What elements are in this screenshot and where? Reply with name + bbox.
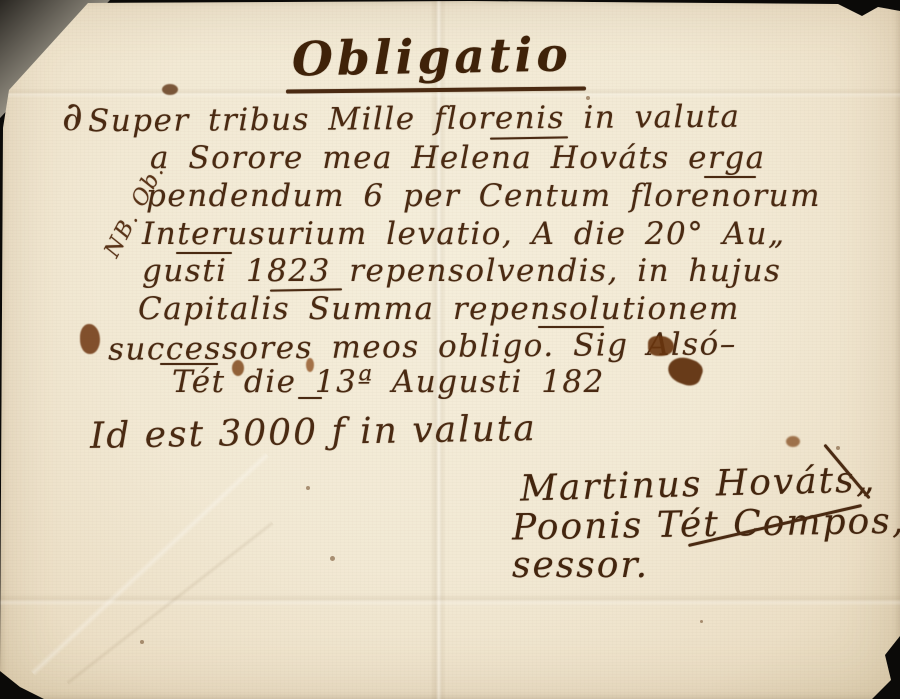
signature-line: sessor. — [512, 545, 649, 586]
paper-speck — [836, 446, 840, 450]
ink-blot — [162, 84, 178, 95]
manuscript-paper: Obligatio NB. Ob. ∂ Super tribus Mille f… — [0, 0, 900, 699]
amount-line: Id est 3000 ƒ in valuta — [90, 408, 537, 457]
paper-speck — [306, 486, 310, 490]
body-line: Interusurium levatio, A die 20° Au„ — [142, 216, 786, 252]
diagonal-crease — [66, 521, 275, 686]
paper-speck — [330, 556, 335, 561]
ink-underline — [538, 326, 604, 328]
body-line: pendendum 6 per Centum florenorum — [146, 178, 821, 214]
body-line: gusti 1823 repensolvendis, in hujus — [142, 253, 781, 289]
paper-speck — [700, 620, 703, 623]
diagonal-crease — [30, 452, 269, 676]
paper-speck — [140, 640, 144, 644]
ink-blot — [80, 324, 100, 354]
ink-blot — [648, 336, 674, 356]
title-underline — [286, 86, 586, 93]
ink-underline — [298, 397, 322, 399]
ink-underline — [176, 252, 232, 254]
paragraph-mark: ∂ — [62, 94, 83, 140]
ink-underline — [704, 176, 756, 178]
body-line: Capitalis Summa repensolutionem — [138, 291, 740, 327]
paper-speck — [586, 96, 590, 100]
ink-blot — [306, 358, 314, 372]
document-photo: Obligatio NB. Ob. ∂ Super tribus Mille f… — [0, 0, 900, 699]
ink-blot — [232, 360, 244, 376]
ink-underline — [160, 363, 218, 365]
body-line: a Sorore mea Helena Hováts erga — [150, 140, 766, 176]
document-title: Obligatio — [292, 28, 573, 88]
body-line: Super tribus Mille florenis in valuta — [88, 99, 741, 140]
ink-stain — [786, 436, 800, 447]
body-line: successores meos obligo. Sig Alsó– — [108, 326, 737, 367]
horizontal-fold-crease — [0, 594, 900, 606]
